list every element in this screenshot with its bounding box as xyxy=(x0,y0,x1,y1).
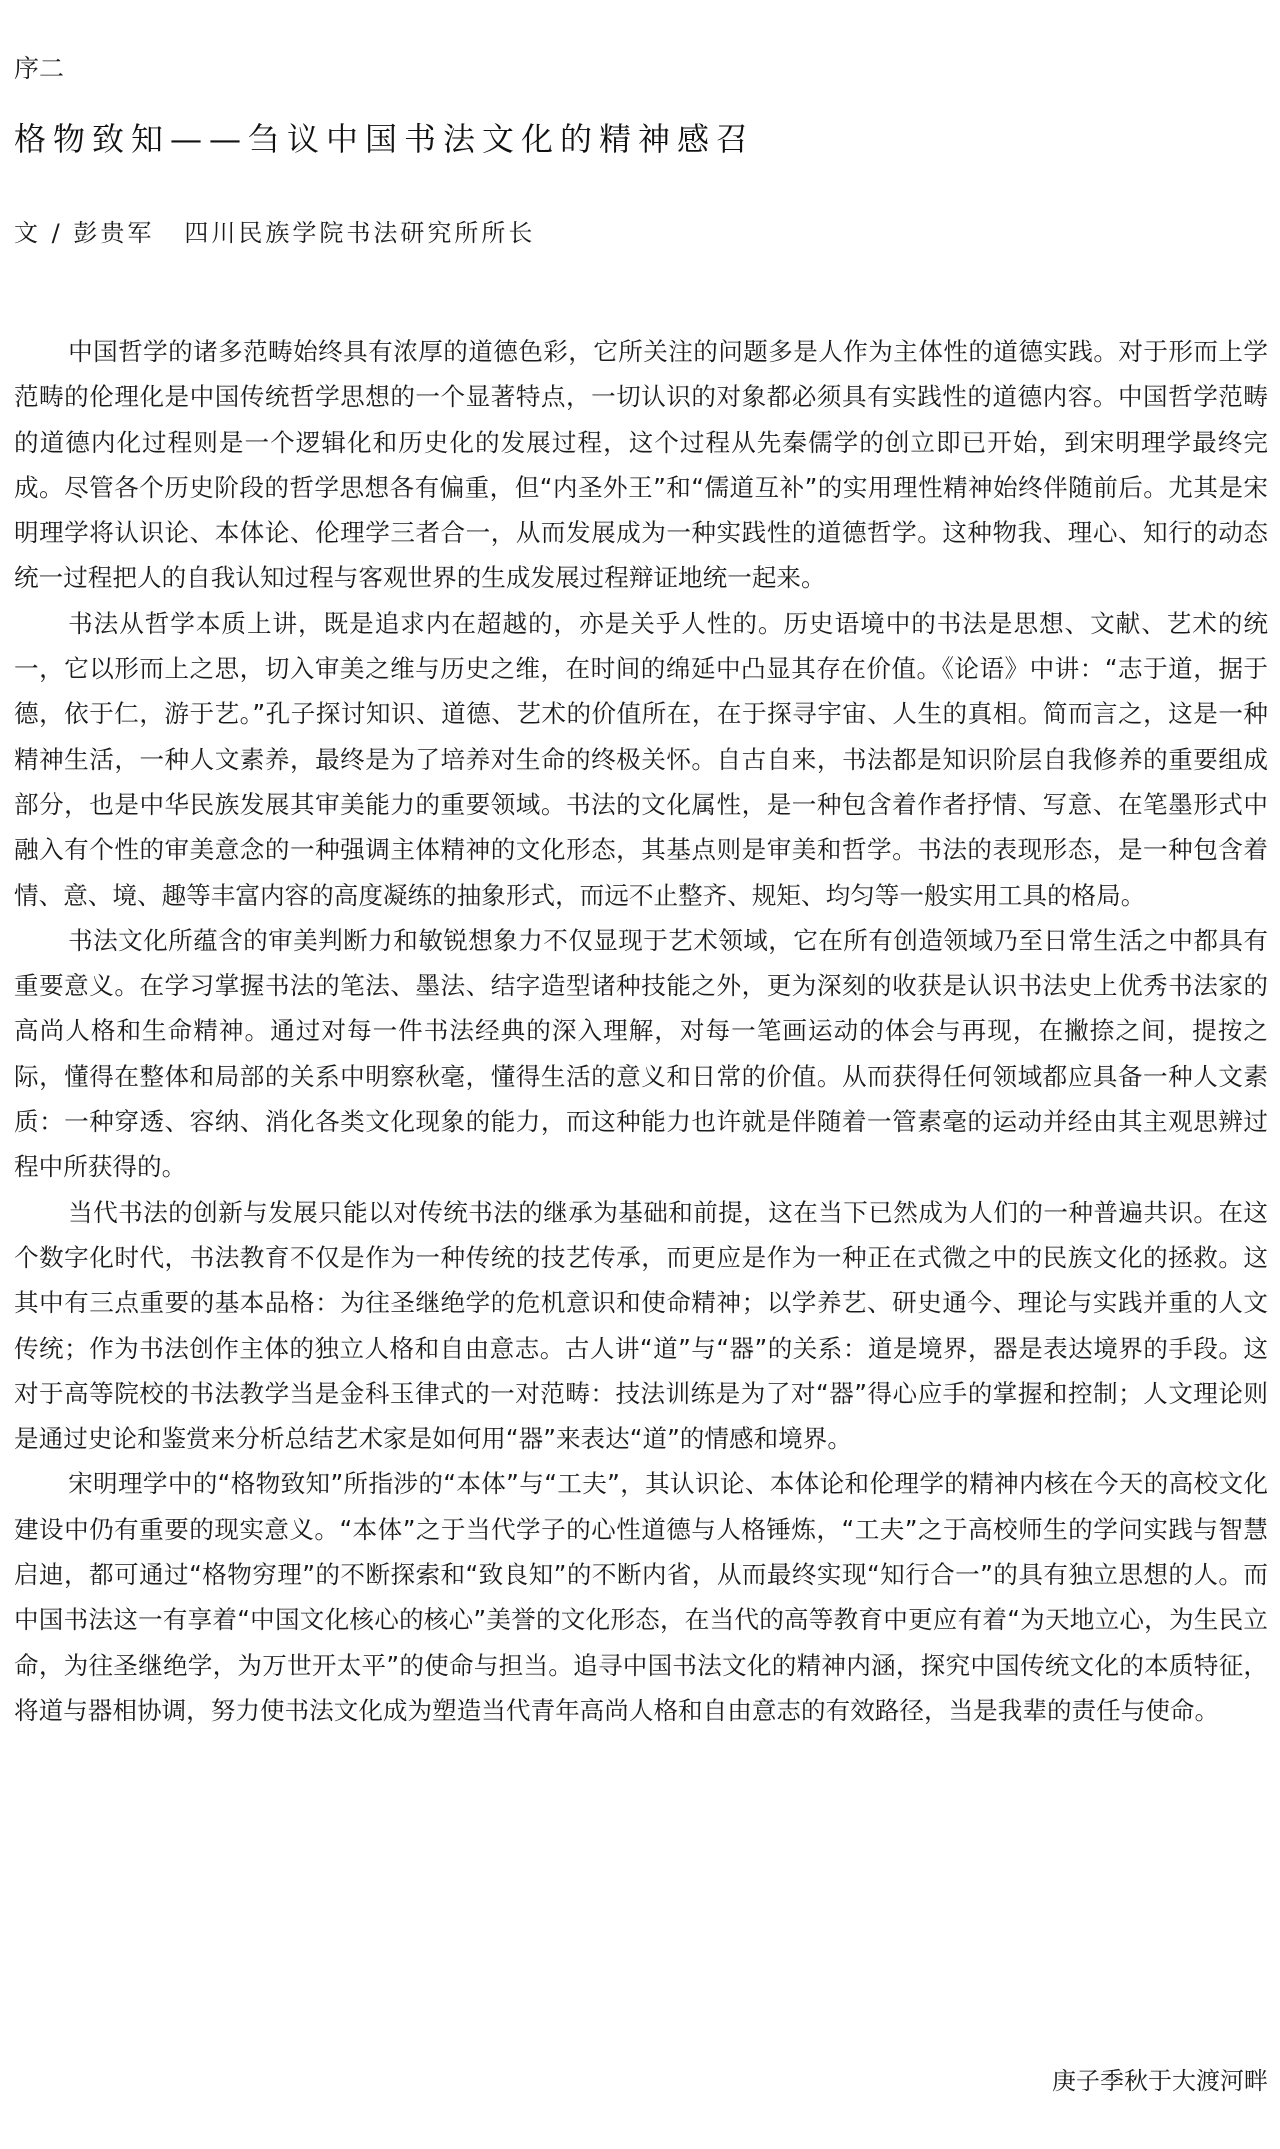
paragraph-4: 当代书法的创新与发展只能以对传统书法的继承为基础和前提，这在当下已然成为人们的一… xyxy=(14,1190,1268,1462)
paragraph-2: 书法从哲学本质上讲，既是追求内在超越的，亦是关乎人性的。历史语境中的书法是思想、… xyxy=(14,601,1268,918)
signature-dateline: 庚子季秋于大渡河畔 xyxy=(1052,2064,1268,2098)
author-affiliation: 四川民族学院书法研究所所长 xyxy=(184,219,535,247)
author: 文 / 彭贵军 xyxy=(14,219,154,247)
article-body: 中国哲学的诸多范畴始终具有浓厚的道德色彩，它所关注的问题多是人作为主体性的道德实… xyxy=(14,329,1268,1733)
article-title: 格物致知——刍议中国书法文化的精神感召 xyxy=(14,118,755,160)
paragraph-3: 书法文化所蕴含的审美判断力和敏锐想象力不仅显现于艺术领域，它在所有创造领域乃至日… xyxy=(14,918,1268,1190)
paragraph-5: 宋明理学中的“格物致知”所指涉的“本体”与“工夫”，其认识论、本体论和伦理学的精… xyxy=(14,1461,1268,1733)
section-label: 序二 xyxy=(14,52,64,86)
byline: 文 / 彭贵军四川民族学院书法研究所所长 xyxy=(14,216,535,250)
paragraph-1: 中国哲学的诸多范畴始终具有浓厚的道德色彩，它所关注的问题多是人作为主体性的道德实… xyxy=(14,329,1268,601)
